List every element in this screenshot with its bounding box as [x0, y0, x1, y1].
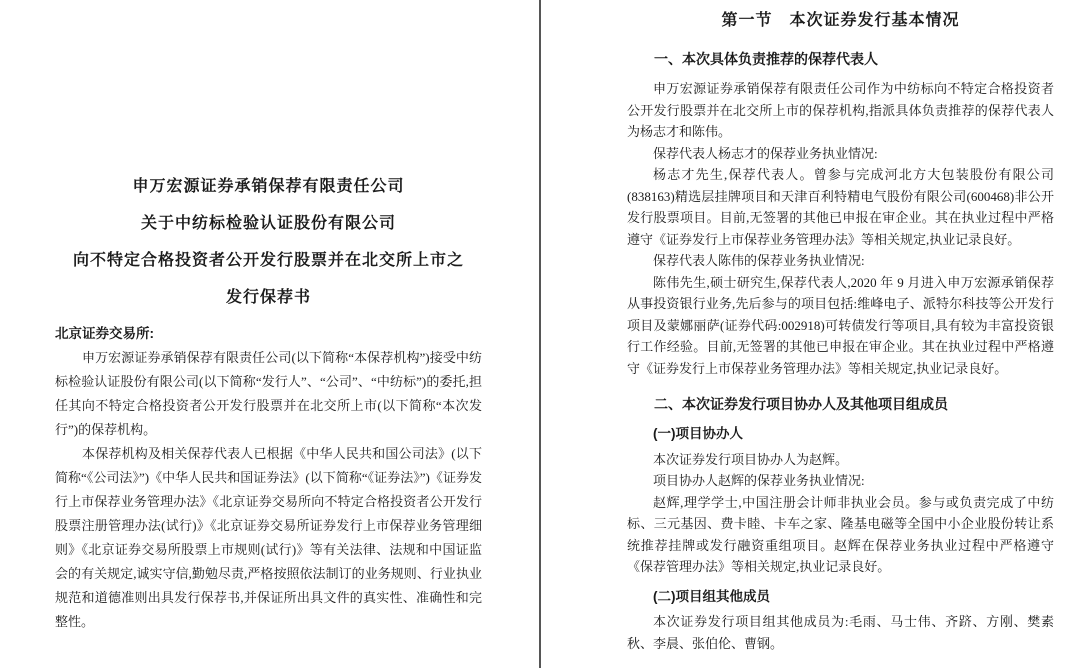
paragraph-other-members: 本次证券发行项目组其他成员为:毛雨、马士伟、齐跻、方刚、樊素秋、李晨、张伯伦、曹…	[627, 611, 1054, 654]
right-page: 第一节 本次证券发行基本情况 一、本次具体负责推荐的保荐代表人 申万宏源证券承销…	[627, 8, 1054, 654]
paragraph-legal-basis: 本保荐机构及相关保荐代表人已根据《中华人民共和国公司法》(以下简称“《公司法》”…	[55, 442, 482, 634]
paragraph-yang-label: 保荐代表人杨志才的保荐业务执业情况:	[627, 143, 1054, 165]
document-title-line-3: 向不特定合格投资者公开发行股票并在北交所上市之	[55, 242, 482, 279]
paragraph-zhao-detail: 赵辉,理学学士,中国注册会计师非执业会员。参与或负责完成了中纺标、三元基因、费卡…	[627, 492, 1054, 578]
paragraph-zhao-label: 项目协办人赵辉的保荐业务执业情况:	[627, 470, 1054, 492]
paragraph-sponsor-intro: 申万宏源证券承销保荐有限责任公司作为中纺标向不特定合格投资者公开发行股票并在北交…	[627, 78, 1054, 143]
paragraph-chen-label: 保荐代表人陈伟的保荐业务执业情况:	[627, 250, 1054, 272]
subsection-2-2-heading: (二)项目组其他成员	[627, 586, 1054, 608]
paragraph-chen-detail: 陈伟先生,硕士研究生,保荐代表人,2020 年 9 月进入申万宏源承销保荐从事投…	[627, 272, 1054, 380]
paragraph-coordinator: 本次证券发行项目协办人为赵辉。	[627, 449, 1054, 471]
paragraph-yang-detail: 杨志才先生,保荐代表人。曾参与完成河北方大包装股份有限公司(838163)精选层…	[627, 164, 1054, 250]
paragraph-engagement: 申万宏源证券承销保荐有限责任公司(以下简称“本保荐机构”)接受中纺标检验认证股份…	[55, 346, 482, 442]
document-viewer: 申万宏源证券承销保荐有限责任公司 关于中纺标检验认证股份有限公司 向不特定合格投…	[0, 0, 1080, 668]
section-2-heading: 二、本次证券发行项目协办人及其他项目组成员	[627, 393, 1054, 415]
chapter-heading: 第一节 本次证券发行基本情况	[627, 8, 1054, 34]
page-divider	[539, 0, 541, 668]
document-title-line-1: 申万宏源证券承销保荐有限责任公司	[55, 168, 482, 205]
salutation: 北京证券交易所:	[55, 322, 482, 346]
document-title-line-4: 发行保荐书	[55, 279, 482, 316]
left-page: 申万宏源证券承销保荐有限责任公司 关于中纺标检验认证股份有限公司 向不特定合格投…	[55, 168, 482, 634]
section-1-heading: 一、本次具体负责推荐的保荐代表人	[627, 48, 1054, 70]
document-title-line-2: 关于中纺标检验认证股份有限公司	[55, 205, 482, 242]
subsection-2-1-heading: (一)项目协办人	[627, 423, 1054, 445]
